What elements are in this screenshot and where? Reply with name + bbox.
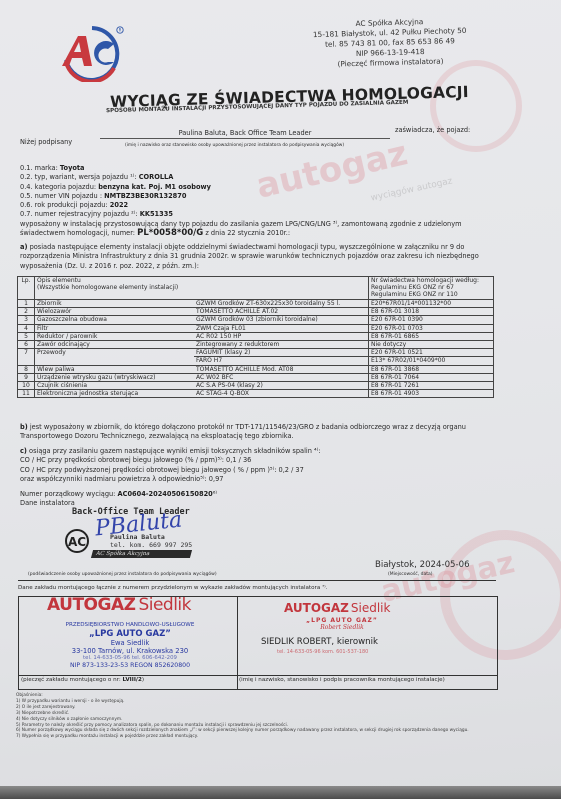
table-row: 11Elektroniczna jednostka sterującaAC ST… [18, 390, 494, 398]
table-header-row: Lp. Opis elementu (Wszystkie homologowan… [18, 277, 494, 300]
page-edge-shadow [0, 786, 561, 799]
cell-lp: 2 [18, 308, 35, 316]
workshop-number: LVIII/2 [123, 677, 142, 683]
cell-model: TOMASETTO ACHILLE Mod. AT08 [194, 365, 369, 373]
cell-cert: E20 67R-01 0703 [369, 324, 494, 332]
cell-lp: 5 [18, 332, 35, 340]
cell-model: GZWM Grodków ZT-630x225x30 toroidalny 55… [194, 300, 369, 308]
emission-idle: CO / HC przy prędkości obrotowej biegu j… [20, 456, 321, 465]
cell-cert: E8 67R-01 6865 [369, 332, 494, 340]
cell-name: Zawór odcinający [35, 341, 195, 349]
components-table: Lp. Opis elementu (Wszystkie homologowan… [17, 276, 494, 398]
cell-lp: 11 [18, 390, 35, 398]
cell-model: AC R02 150 HP [194, 332, 369, 340]
watermark-ring [430, 60, 522, 152]
signer-field: Paulina Baluta, Back Office Team Leader [100, 129, 390, 139]
section-a: a) posiada następujące elementy instalac… [20, 243, 479, 271]
stamp-company-bar: AC Spółka Akcyjna [91, 550, 192, 558]
cell-name: Reduktor / parownik [35, 332, 195, 340]
installer-caption: (podświadczenie osoby upoważnionej przez… [28, 572, 217, 577]
header-certificate: Nr świadectwa homologacji według: Regula… [369, 277, 494, 300]
header-description: Opis elementu (Wszystkie homologowane el… [35, 277, 369, 300]
cell-model: FAGUMIT (klasy 2) [194, 349, 369, 357]
extract-number: AC0604-20240506150820 [118, 490, 213, 498]
cell-name: Gazoszczelna obudowa [35, 316, 195, 324]
workshop-box: AUTOGAZSiedlik PRZEDSIĘBIORSTWO HANDLOWO… [18, 596, 498, 690]
cell-cert: E13* 67R02/01*0409*00 [369, 357, 494, 365]
cell-name: Urządzenie wtrysku gazu (wtryskiwacz) [35, 373, 195, 381]
table-row: FARO H7E13* 67R02/01*0409*00 [18, 357, 494, 365]
footnote-item: 7) Wypełnia się w przypadku montażu inst… [16, 734, 469, 740]
cell-name: Elektroniczna jednostka sterująca [35, 390, 195, 398]
cell-lp: 4 [18, 324, 35, 332]
installer-stamp-header: AC Spółka Akcyjna 15-181 Białystok, ul. … [304, 16, 475, 71]
cell-lp: 9 [18, 373, 35, 381]
cell-cert: E20*67R01/14*001132*00 [369, 300, 494, 308]
worker-caption: (imię i nazwisko, stanowisko i podpis pr… [239, 677, 445, 683]
homologation-number: PL*0058*00/G [137, 228, 203, 238]
workshop-stamp: PRZEDSIĘBIORSTWO HANDLOWO-USŁUGOWE „LPG … [45, 622, 215, 670]
divider [18, 580, 496, 581]
lambda-value: oraz współczynniki nadmiaru powietrza λ … [20, 475, 321, 484]
cell-model: ZWM Czaja FL01 [194, 324, 369, 332]
cell-cert: E8 67R-01 3868 [369, 365, 494, 373]
header-lp: Lp. [18, 277, 35, 300]
svg-text:R: R [119, 28, 122, 33]
table-row: 2WielozawórTOMASETTO ACHILLE AT.02E8 67R… [18, 308, 494, 316]
workshop-caption: (pieczęć zakładu montującego o nr: LVIII… [21, 677, 144, 683]
signer-value: Paulina Baluta, Back Office Team Leader [179, 129, 312, 137]
cell-name: Zbiornik [35, 300, 195, 308]
cell-lp: 10 [18, 382, 35, 390]
vehicle-category: 0.4. kategoria pojazdu: benzyna kat. Poj… [20, 183, 462, 192]
ac-logo-icon: R [52, 22, 132, 82]
table-row: 10Czujnik ciśnieniaAC S.A PS-04 (klasy 2… [18, 382, 494, 390]
cell-name: Czujnik ciśnienia [35, 382, 195, 390]
equipped-line-1: wyposażony w instalację przystosowującą … [20, 220, 462, 229]
vehicle-make: 0.1. marka: Toyota [20, 164, 462, 173]
cell-model: AC STAG-4 Q-BOX [194, 390, 369, 398]
cell-model: AC W02 BFC [194, 373, 369, 381]
cell-name [35, 357, 195, 365]
workshop-stamp-brand: AUTOGAZSiedlik [47, 595, 191, 615]
vehicle-year: 0.6. rok produkcji pojazdu: 2022 [20, 201, 462, 210]
worker-printed-name: SIEDLIK ROBERT, kierownik [261, 637, 378, 647]
table-row: 1ZbiornikGZWM Grodków ZT-630x225x30 toro… [18, 300, 494, 308]
cell-model: GZWM Grodków 03 (zbiorniki toroidalne) [194, 316, 369, 324]
cell-lp: 6 [18, 341, 35, 349]
cell-name: Przewody [35, 349, 195, 357]
cell-lp: 3 [18, 316, 35, 324]
signer-caption: (imię i nazwisko oraz stanowisko osoby u… [125, 143, 344, 148]
table-row: 3Gazoszczelna obudowaGZWM Grodków 03 (zb… [18, 316, 494, 324]
section-c: c) osiąga przy zasilaniu gazem następują… [20, 447, 321, 484]
worker-stamp-phones: tel. 14-633-05-96 kom. 601-537-180 [277, 649, 368, 655]
table-row: 7PrzewodyFAGUMIT (klasy 2)E20 67R-01 052… [18, 349, 494, 357]
cell-model: AC S.A PS-04 (klasy 2) [194, 382, 369, 390]
vehicle-type: 0.2. typ, wariant, wersja pojazdu ¹⁾: CO… [20, 173, 462, 182]
cell-model: Zintegrowany z reduktorem [194, 341, 369, 349]
table-row: 8Wlew paliwaTOMASETTO ACHILLE Mod. AT08E… [18, 365, 494, 373]
cell-name: Filtr [35, 324, 195, 332]
vehicle-registration: 0.7. numer rejestracyjny pojazdu ²⁾: KK5… [20, 210, 462, 219]
cell-cert: E20 67R-01 0390 [369, 316, 494, 324]
worker-stamp: „LPG AUTO GAZ” Robert Siedlik [277, 617, 407, 631]
place-date-caption: (Miejscowość, data) [388, 572, 432, 577]
footnotes: Objaśnienia: 1) W przypadku wariantu i w… [16, 693, 469, 740]
place-date: Białystok, 2024-05-06 [375, 560, 470, 570]
cell-lp: 1 [18, 300, 35, 308]
cell-cert: E20 67R-01 0521 [369, 349, 494, 357]
vehicle-data: 0.1. marka: Toyota 0.2. typ, wariant, we… [20, 164, 462, 238]
signer-suffix: zaświadcza, że pojazd: [395, 126, 470, 135]
cell-cert: E8 67R-01 4903 [369, 390, 494, 398]
workshop-label: Dane zakładu montującego łącznie z numer… [18, 585, 327, 591]
cell-cert: E8 67R-01 7261 [369, 382, 494, 390]
cell-cert: E8 67R-01 3018 [369, 308, 494, 316]
cell-model: FARO H7 [194, 357, 369, 365]
extract-number-line: Numer porządkowy wyciągu: AC0604-2024050… [20, 490, 217, 509]
cell-lp: 8 [18, 365, 35, 373]
cell-lp: 7 [18, 349, 35, 357]
table-row: 4FiltrZWM Czaja FL01E20 67R-01 0703 [18, 324, 494, 332]
cell-lp [18, 357, 35, 365]
cell-cert: Nie dotyczy [369, 341, 494, 349]
section-b: b) jest wyposażony w zbiornik, do któreg… [20, 423, 466, 442]
cell-cert: E8 67R-01 7064 [369, 373, 494, 381]
vehicle-vin: 0.5. numer VIN pojazdu : NMTBZ3BE30R1328… [20, 192, 462, 201]
table-row: 6Zawór odcinającyZintegrowany z reduktor… [18, 341, 494, 349]
table-row: 5Reduktor / parownikAC R02 150 HPE8 67R-… [18, 332, 494, 340]
equipped-line-2: świadectwem homologacji, numer: PL*0058*… [20, 229, 462, 238]
emission-high-idle: CO / HC przy podwyższonej prędkości obro… [20, 466, 321, 475]
worker-stamp-brand: AUTOGAZSiedlik [284, 601, 390, 615]
signer-label: Niżej podpisany [20, 138, 72, 147]
ac-stamp-logo-icon: AC [64, 528, 90, 554]
cell-name: Wielozawór [35, 308, 195, 316]
table-row: 9Urządzenie wtrysku gazu (wtryskiwacz)AC… [18, 373, 494, 381]
cell-model: TOMASETTO ACHILLE AT.02 [194, 308, 369, 316]
svg-text:AC: AC [68, 535, 86, 549]
stamp-details: Paulina Baluta tel. kom. 669 997 295 [110, 533, 192, 549]
cell-name: Wlew paliwa [35, 365, 195, 373]
